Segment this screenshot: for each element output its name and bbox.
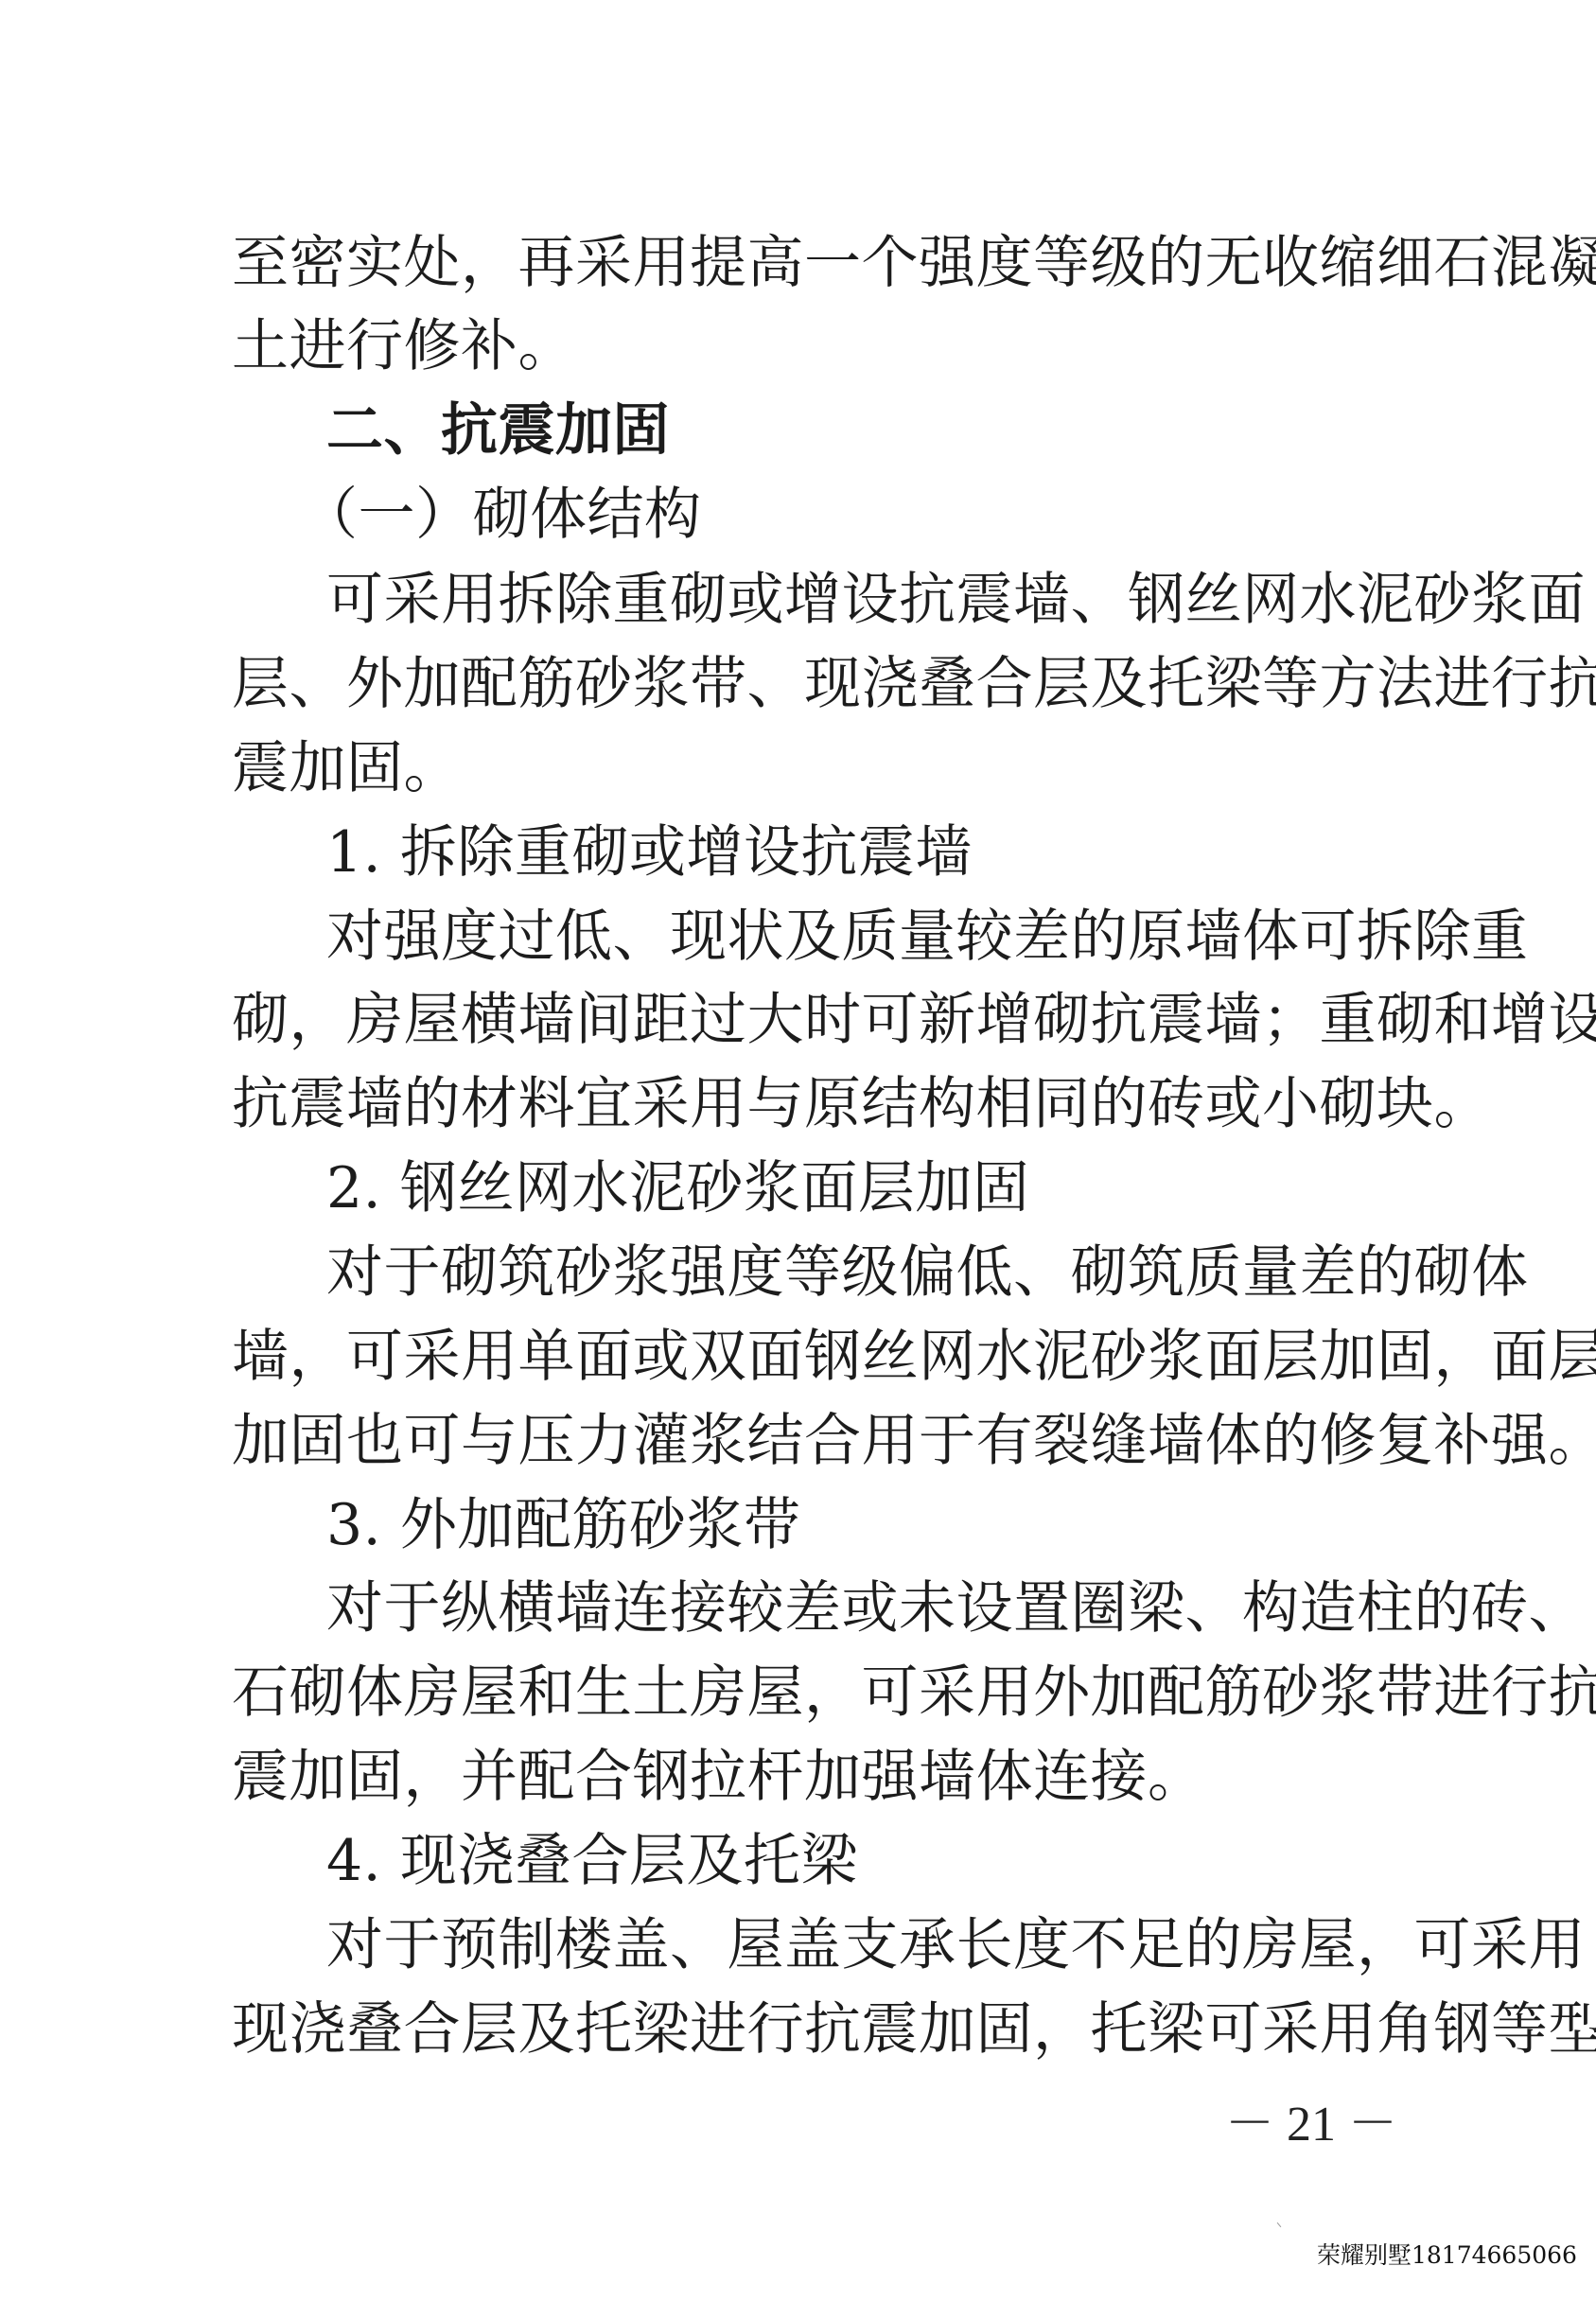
subsection-heading: （一）砌体结构: [301, 473, 1446, 556]
body-line: 层、外加配筋砂浆带、现浇叠合层及托梁等方法进行抗: [232, 642, 1377, 726]
body-line: 震加固，并配合钢拉杆加强墙体连接。: [232, 1735, 1377, 1818]
body-line: 对于预制楼盖、屋盖支承长度不足的房屋，可采用: [326, 1904, 1377, 1987]
body-line: 对强度过低、现状及质量较差的原墙体可拆除重: [326, 895, 1377, 978]
body-line: 墙，可采用单面或双面钢丝网水泥砂浆面层加固，面层: [232, 1315, 1377, 1398]
body-line: 土进行修补。: [232, 305, 1377, 388]
page-number: － 21 －: [1225, 2083, 1397, 2154]
item-title: 1. 拆除重砌或增设抗震墙: [326, 811, 1377, 894]
item-title: 3. 外加配筋砂浆带: [326, 1484, 1377, 1567]
item-title: 2. 钢丝网水泥砂浆面层加固: [326, 1147, 1377, 1230]
body-line: 加固也可与压力灌浆结合用于有裂缝墙体的修复补强。: [232, 1399, 1377, 1483]
watermark: 荣耀别墅18174665066: [1317, 2237, 1577, 2271]
body-line: 对于纵横墙连接较差或未设置圈梁、构造柱的砖、: [326, 1567, 1377, 1650]
item-title: 4. 现浇叠合层及托梁: [326, 1819, 1377, 1903]
body-line: 对于砌筑砂浆强度等级偏低、砌筑质量差的砌体: [326, 1231, 1377, 1314]
body-line: 可采用拆除重砌或增设抗震墙、钢丝网水泥砂浆面: [326, 558, 1377, 641]
document-page: 至密实处，再采用提高一个强度等级的无收缩细石混凝 土进行修补。 二、抗震加固 （…: [0, 0, 1596, 2301]
body-line: 石砌体房屋和生土房屋，可采用外加配筋砂浆带进行抗: [232, 1651, 1377, 1734]
body-line: 现浇叠合层及托梁进行抗震加固，托梁可采用角钢等型: [232, 1988, 1377, 2071]
body-line: 至密实处，再采用提高一个强度等级的无收缩细石混凝: [232, 221, 1377, 305]
body-line: 震加固。: [232, 727, 1377, 810]
scan-artifact: [1277, 2222, 1282, 2227]
section-heading: 二、抗震加固: [326, 389, 1377, 472]
body-line: 抗震墙的材料宜采用与原结构相同的砖或小砌块。: [232, 1063, 1377, 1146]
body-line: 砌，房屋横墙间距过大时可新增砌抗震墙；重砌和增设: [232, 978, 1377, 1062]
